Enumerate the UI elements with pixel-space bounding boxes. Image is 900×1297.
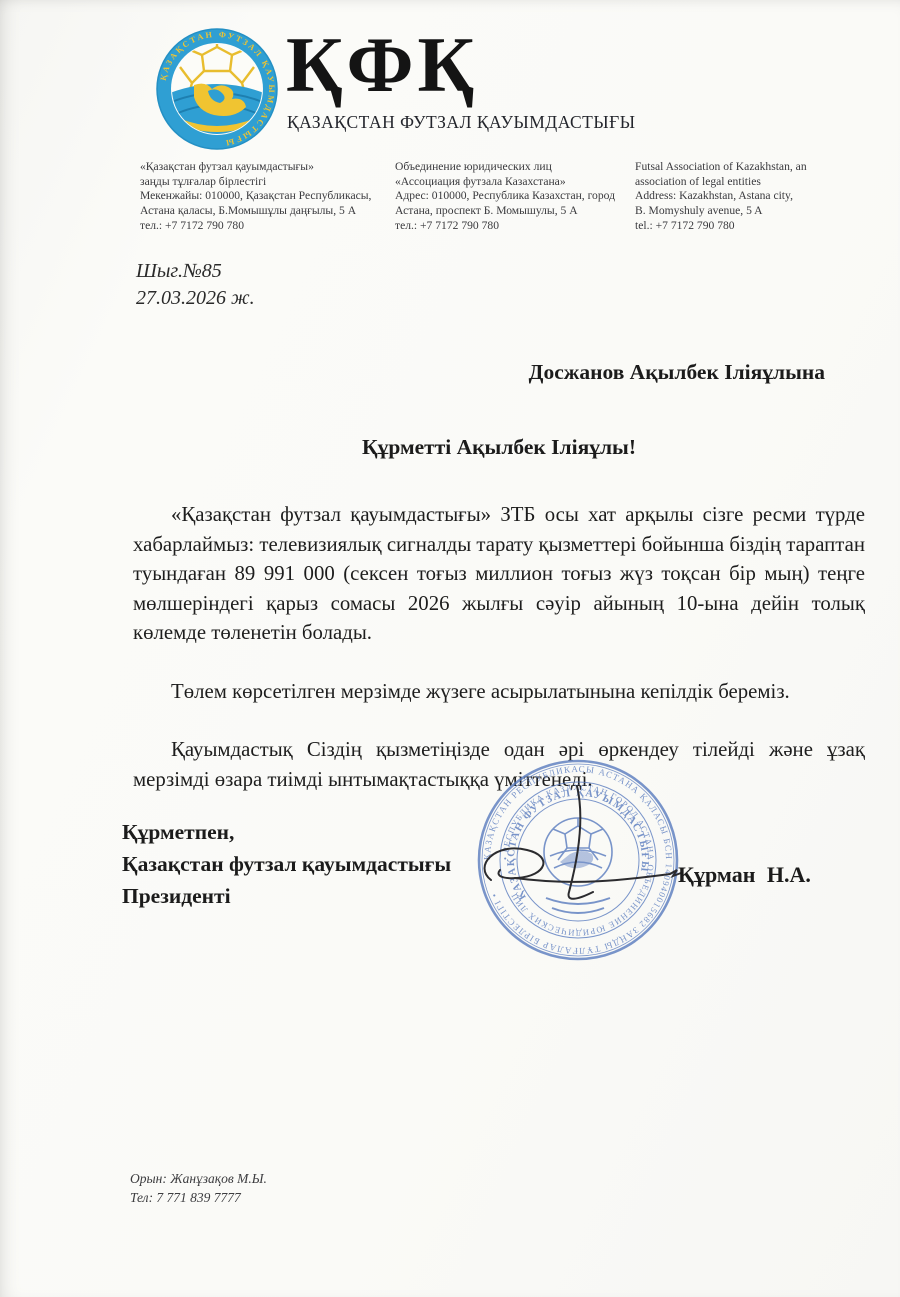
letter-page: ҚАЗАҚСТАН ФУТЗАЛ ҚАУЫМДАСТЫҒЫ <box>0 0 900 1297</box>
outgoing-number: Шыг.№85 <box>136 258 255 285</box>
recipient-name: Досжанов Ақылбек Іліяұлына <box>133 360 825 385</box>
signer-name: Құрман Н.А. <box>678 862 811 888</box>
executor-footer: Орын: Жанұзақов М.Ы.Тел: 7 771 839 7777 <box>130 1170 267 1208</box>
closing-block: Құрметпен, Қазақстан футзал қауымдастығы… <box>122 816 451 912</box>
salutation: Құрметті Ақылбек Іліяұлы! <box>133 435 865 460</box>
contact-block-kazakh: «Қазақстан футзал қауымдастығы»заңды тұл… <box>140 160 395 234</box>
contact-block-english: Futsal Association of Kazakhstan, anasso… <box>635 160 870 234</box>
body-paragraph-2: Төлем көрсетілген мерзімде жүзеге асырыл… <box>133 677 865 707</box>
org-abbreviation: ҚФҚ <box>286 26 478 104</box>
org-name: ҚАЗАҚСТАН ФУТЗАЛ ҚАУЫМДАСТЫҒЫ <box>287 112 636 133</box>
closing-line: Құрметпен, <box>122 816 451 848</box>
letter-date: 27.03.2026 ж. <box>136 285 255 312</box>
president-signature <box>455 758 835 958</box>
closing-title: Президенті <box>122 880 451 912</box>
contact-block-russian: Объединение юридических лиц«Ассоциация ф… <box>395 160 635 234</box>
futsal-association-logo: ҚАЗАҚСТАН ФУТЗАЛ ҚАУЫМДАСТЫҒЫ <box>150 27 284 153</box>
closing-org: Қазақстан футзал қауымдастығы <box>122 848 451 880</box>
reference-block: Шыг.№85 27.03.2026 ж. <box>136 258 255 312</box>
body-paragraph-1: «Қазақстан футзал қауымдастығы» ЗТБ осы … <box>133 500 865 648</box>
letterhead-contacts: «Қазақстан футзал қауымдастығы»заңды тұл… <box>140 160 870 234</box>
